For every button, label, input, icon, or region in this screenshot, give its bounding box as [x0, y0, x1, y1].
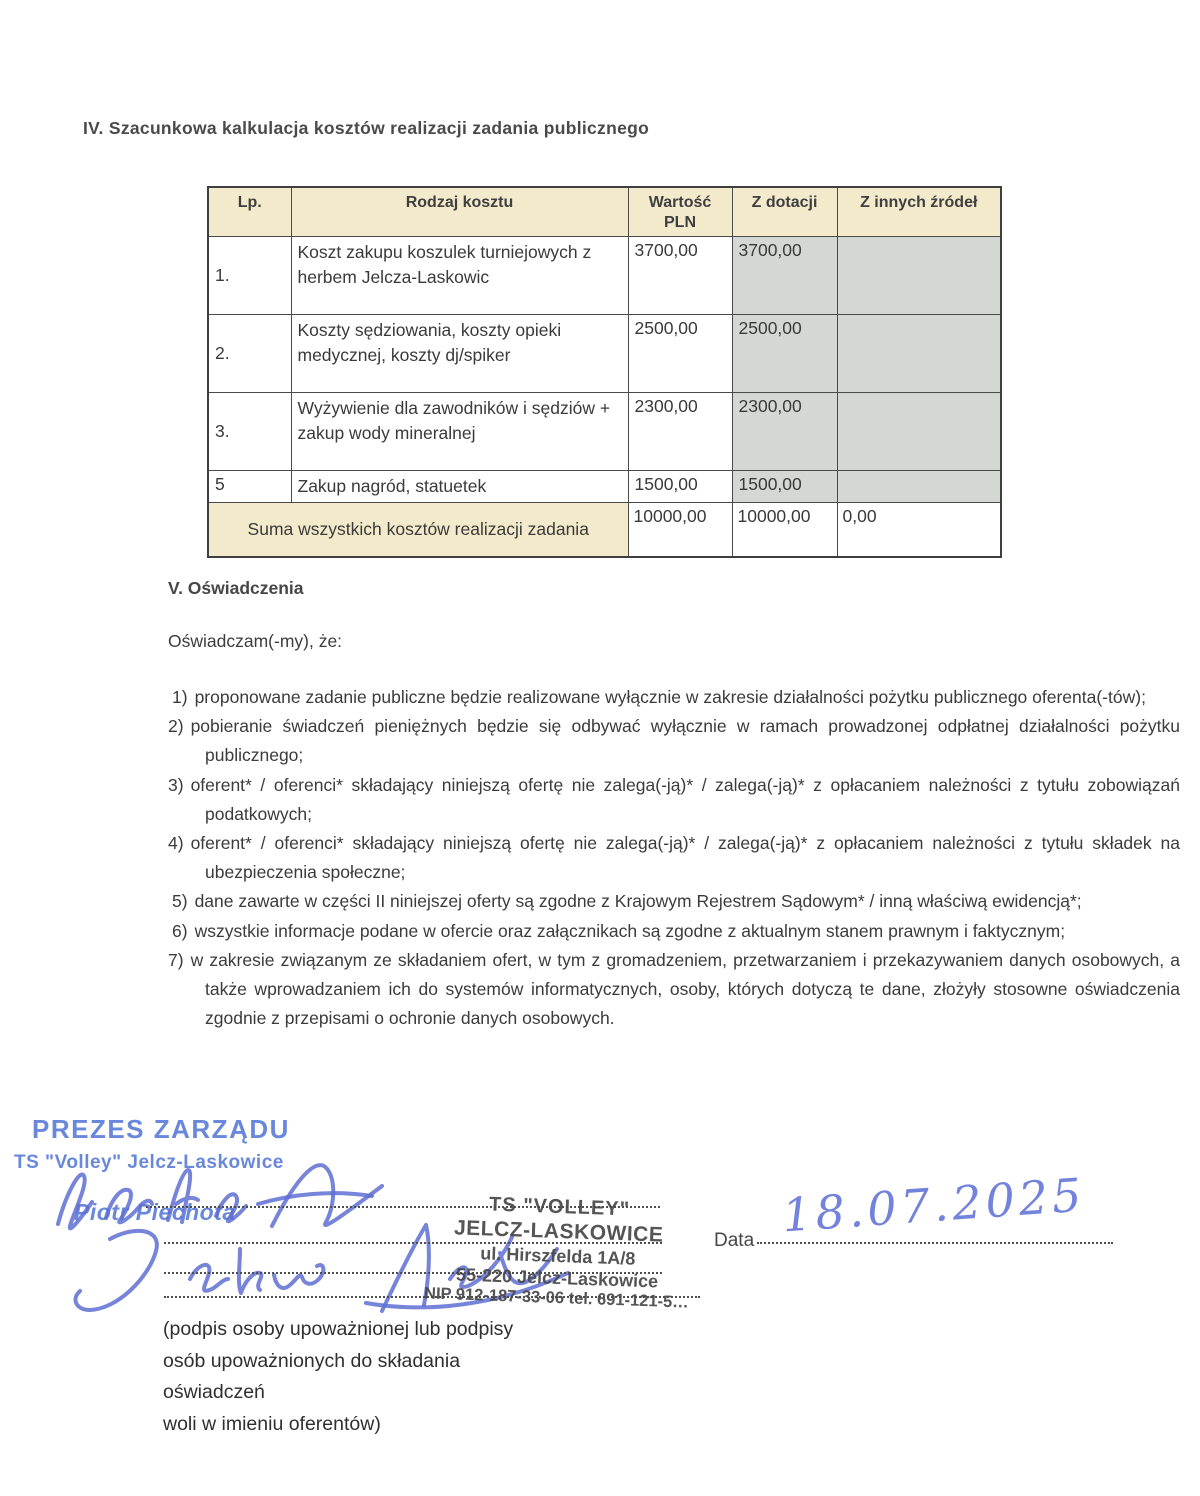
declaration-item-5: 5)dane zawarte w części II niniejszej of…	[78, 887, 1180, 916]
table-header-row: Lp. Rodzaj kosztu Wartość PLN Z dotacji …	[208, 187, 1001, 237]
cell-summary-other: 0,00	[837, 503, 1001, 557]
item-text: oferent* / oferenci* składający niniejsz…	[191, 775, 1180, 824]
caption-line: woli w imieniu oferentów)	[163, 1409, 513, 1441]
cell-value: 2500,00	[628, 315, 732, 393]
scanned-offer-form-page: IV. Szacunkowa kalkulacja kosztów realiz…	[0, 0, 1200, 1496]
declaration-item-6: 6)wszystkie informacje podane w ofercie …	[78, 917, 1180, 946]
cell-cost-name: Wyżywienie dla zawodników i sędziów + za…	[291, 393, 628, 471]
item-number: 6)	[172, 921, 188, 941]
cell-other	[837, 237, 1001, 315]
item-number: 5)	[172, 891, 188, 911]
declaration-item-7: 7)w zakresie związanym ze składaniem ofe…	[78, 946, 1180, 1034]
item-number: 4)	[168, 833, 184, 853]
item-number: 1)	[172, 687, 188, 707]
cell-other	[837, 471, 1001, 503]
cell-grant: 2500,00	[732, 315, 837, 393]
stamp-org: TS "Volley" Jelcz-Laskowice	[14, 1152, 290, 1174]
header-value-pln: Wartość PLN	[628, 187, 732, 237]
header-from-grant: Z dotacji	[732, 187, 837, 237]
table-summary-row: Suma wszystkich kosztów realizacji zadan…	[208, 503, 1001, 557]
president-stamp: PREZES ZARZĄDU TS "Volley" Jelcz-Laskowi…	[14, 1114, 290, 1226]
cell-cost-name: Koszty sędziowania, koszty opieki medycz…	[291, 315, 628, 393]
cell-lp: 5	[208, 471, 291, 503]
table-row: 3. Wyżywienie dla zawodników i sędziów +…	[208, 393, 1001, 471]
date-dotted-line	[757, 1242, 1113, 1244]
table-row: 5 Zakup nagród, statuetek 1500,00 1500,0…	[208, 471, 1001, 503]
section5-heading: V. Oświadczenia	[168, 578, 304, 599]
caption-line: oświadczeń	[163, 1377, 513, 1409]
table-row: 2. Koszty sędziowania, koszty opieki med…	[208, 315, 1001, 393]
section4-heading: IV. Szacunkowa kalkulacja kosztów realiz…	[83, 118, 649, 139]
cell-value: 2300,00	[628, 393, 732, 471]
cell-grant: 2300,00	[732, 393, 837, 471]
signature-caption: (podpis osoby upoważnionej lub podpisy o…	[163, 1314, 513, 1440]
declaration-item-1: 1)proponowane zadanie publiczne będzie r…	[78, 683, 1180, 712]
cell-value: 3700,00	[628, 237, 732, 315]
stamp-signer-name: Piotr Piechota	[74, 1199, 290, 1226]
date-label: Data	[714, 1230, 754, 1252]
handwritten-date: 18.07.2025	[780, 1167, 1086, 1242]
declarations-list: 1)proponowane zadanie publiczne będzie r…	[78, 683, 1180, 1033]
organization-stamp: TS "VOLLEY" JELCZ-LASKOWICE ul. Hirszfel…	[396, 1190, 720, 1313]
caption-line: osób upoważnionych do składania	[163, 1346, 513, 1378]
item-text: w zakresie związanym ze składaniem ofert…	[191, 950, 1180, 1028]
declaration-item-4: 4)oferent* / oferenci* składający niniej…	[78, 829, 1180, 887]
stamp-title: PREZES ZARZĄDU	[32, 1114, 290, 1145]
item-text: wszystkie informacje podane w ofercie or…	[195, 921, 1066, 941]
cell-grant: 3700,00	[732, 237, 837, 315]
cell-summary-value: 10000,00	[628, 503, 732, 557]
header-cost-type: Rodzaj kosztu	[291, 187, 628, 237]
item-number: 3)	[168, 775, 184, 795]
declaration-intro: Oświadczam(-my), że:	[168, 631, 342, 652]
cell-other	[837, 315, 1001, 393]
item-text: oferent* / oferenci* składający niniejsz…	[191, 833, 1180, 882]
cell-cost-name: Koszt zakupu koszulek turniejowych z her…	[291, 237, 628, 315]
item-text: proponowane zadanie publiczne będzie rea…	[195, 687, 1146, 707]
cell-lp: 1.	[208, 237, 291, 315]
cell-lp: 2.	[208, 315, 291, 393]
item-number: 2)	[168, 716, 184, 736]
declaration-item-3: 3)oferent* / oferenci* składający niniej…	[78, 771, 1180, 829]
cost-calculation-table: Lp. Rodzaj kosztu Wartość PLN Z dotacji …	[207, 186, 1002, 558]
caption-line: (podpis osoby upoważnionej lub podpisy	[163, 1314, 513, 1346]
cell-lp: 3.	[208, 393, 291, 471]
cell-value: 1500,00	[628, 471, 732, 503]
item-number: 7)	[168, 950, 184, 970]
cell-summary-grant: 10000,00	[732, 503, 837, 557]
cell-other	[837, 393, 1001, 471]
header-other-sources: Z innych źródeł	[837, 187, 1001, 237]
cell-cost-name: Zakup nagród, statuetek	[291, 471, 628, 503]
cell-summary-label: Suma wszystkich kosztów realizacji zadan…	[208, 503, 628, 557]
cell-grant: 1500,00	[732, 471, 837, 503]
header-lp: Lp.	[208, 187, 291, 237]
item-text: pobieranie świadczeń pieniężnych będzie …	[191, 716, 1180, 765]
declaration-item-2: 2)pobieranie świadczeń pieniężnych będzi…	[78, 712, 1180, 770]
item-text: dane zawarte w części II niniejszej ofer…	[195, 891, 1082, 911]
table-row: 1. Koszt zakupu koszulek turniejowych z …	[208, 237, 1001, 315]
